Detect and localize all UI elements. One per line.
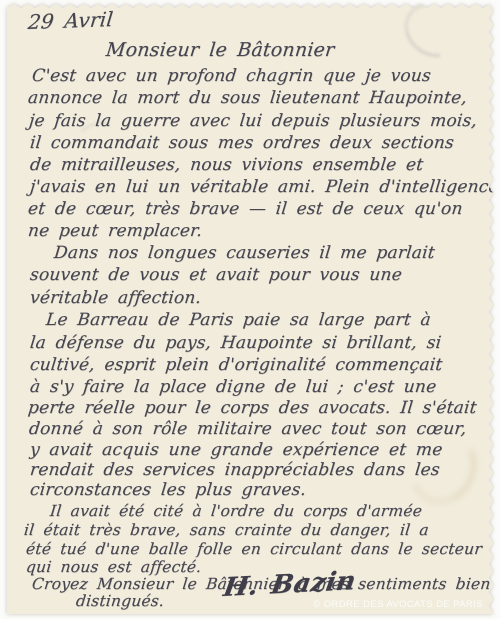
ink-bleed-mark bbox=[394, 0, 473, 69]
letter-line: y avait acquis une grande expérience et … bbox=[29, 440, 444, 460]
letter-line: Dans nos longues causeries il me parlait bbox=[53, 243, 436, 263]
letter-line: de mitrailleuses, nous vivions ensemble … bbox=[29, 155, 424, 175]
letter-line: perte réelle pour le corps des avocats. … bbox=[27, 398, 478, 418]
letter-paper: 29 Avril Monsieur le Bâtonnier C'est ave… bbox=[7, 4, 493, 614]
letter-line: rendait des services inappréciables dans… bbox=[29, 460, 441, 480]
letter-line: cultivé, esprit plein d'originalité comm… bbox=[29, 355, 443, 375]
scanned-letter-canvas: 29 Avril Monsieur le Bâtonnier C'est ave… bbox=[0, 0, 500, 619]
letter-line: annonce la mort du sous lieutenant Haupo… bbox=[27, 88, 468, 108]
letter-line: il commandait sous mes ordres deux secti… bbox=[29, 133, 455, 153]
letter-line: je fais la guerre avec lui depuis plusie… bbox=[28, 111, 478, 131]
letter-line: souvent de vous et avait pour vous une bbox=[29, 265, 403, 285]
letter-line: à s'y faire la place digne de lui ; c'es… bbox=[29, 377, 437, 397]
letter-line: donné à son rôle militaire avec tout son… bbox=[28, 419, 468, 439]
letter-line: circonstances les plus graves. bbox=[29, 480, 307, 500]
letter-signature: H. Bazin bbox=[222, 571, 357, 598]
letter-line: Il avait été cité à l'ordre du corps d'a… bbox=[49, 501, 423, 521]
letter-line: Le Barreau de Paris paie sa large part à bbox=[45, 310, 432, 330]
letter-closing-line: distingués. bbox=[75, 591, 165, 611]
letter-line: j'avais en lui un véritable ami. Plein d… bbox=[29, 177, 500, 197]
letter-date: 29 Avril bbox=[27, 9, 114, 32]
letter-line: ne peut remplacer. bbox=[27, 221, 203, 241]
letter-paper-wrapper: 29 Avril Monsieur le Bâtonnier C'est ave… bbox=[7, 4, 493, 614]
letter-line: la défense du pays, Haupointe si brillan… bbox=[29, 333, 442, 353]
copyright-watermark: © ORDRE DES AVOCATS DE PARIS bbox=[313, 599, 483, 610]
letter-salutation: Monsieur le Bâtonnier bbox=[105, 40, 335, 60]
letter-line: été tué d'une balle folle en circulant d… bbox=[25, 539, 483, 559]
letter-line: il était très brave, sans crainte du dan… bbox=[23, 520, 430, 540]
letter-line: C'est avec un profond chagrin que je vou… bbox=[31, 66, 432, 86]
letter-line: et de cœur, très brave — il est de ceux … bbox=[27, 199, 464, 219]
letter-line: véritable affection. bbox=[29, 288, 202, 308]
